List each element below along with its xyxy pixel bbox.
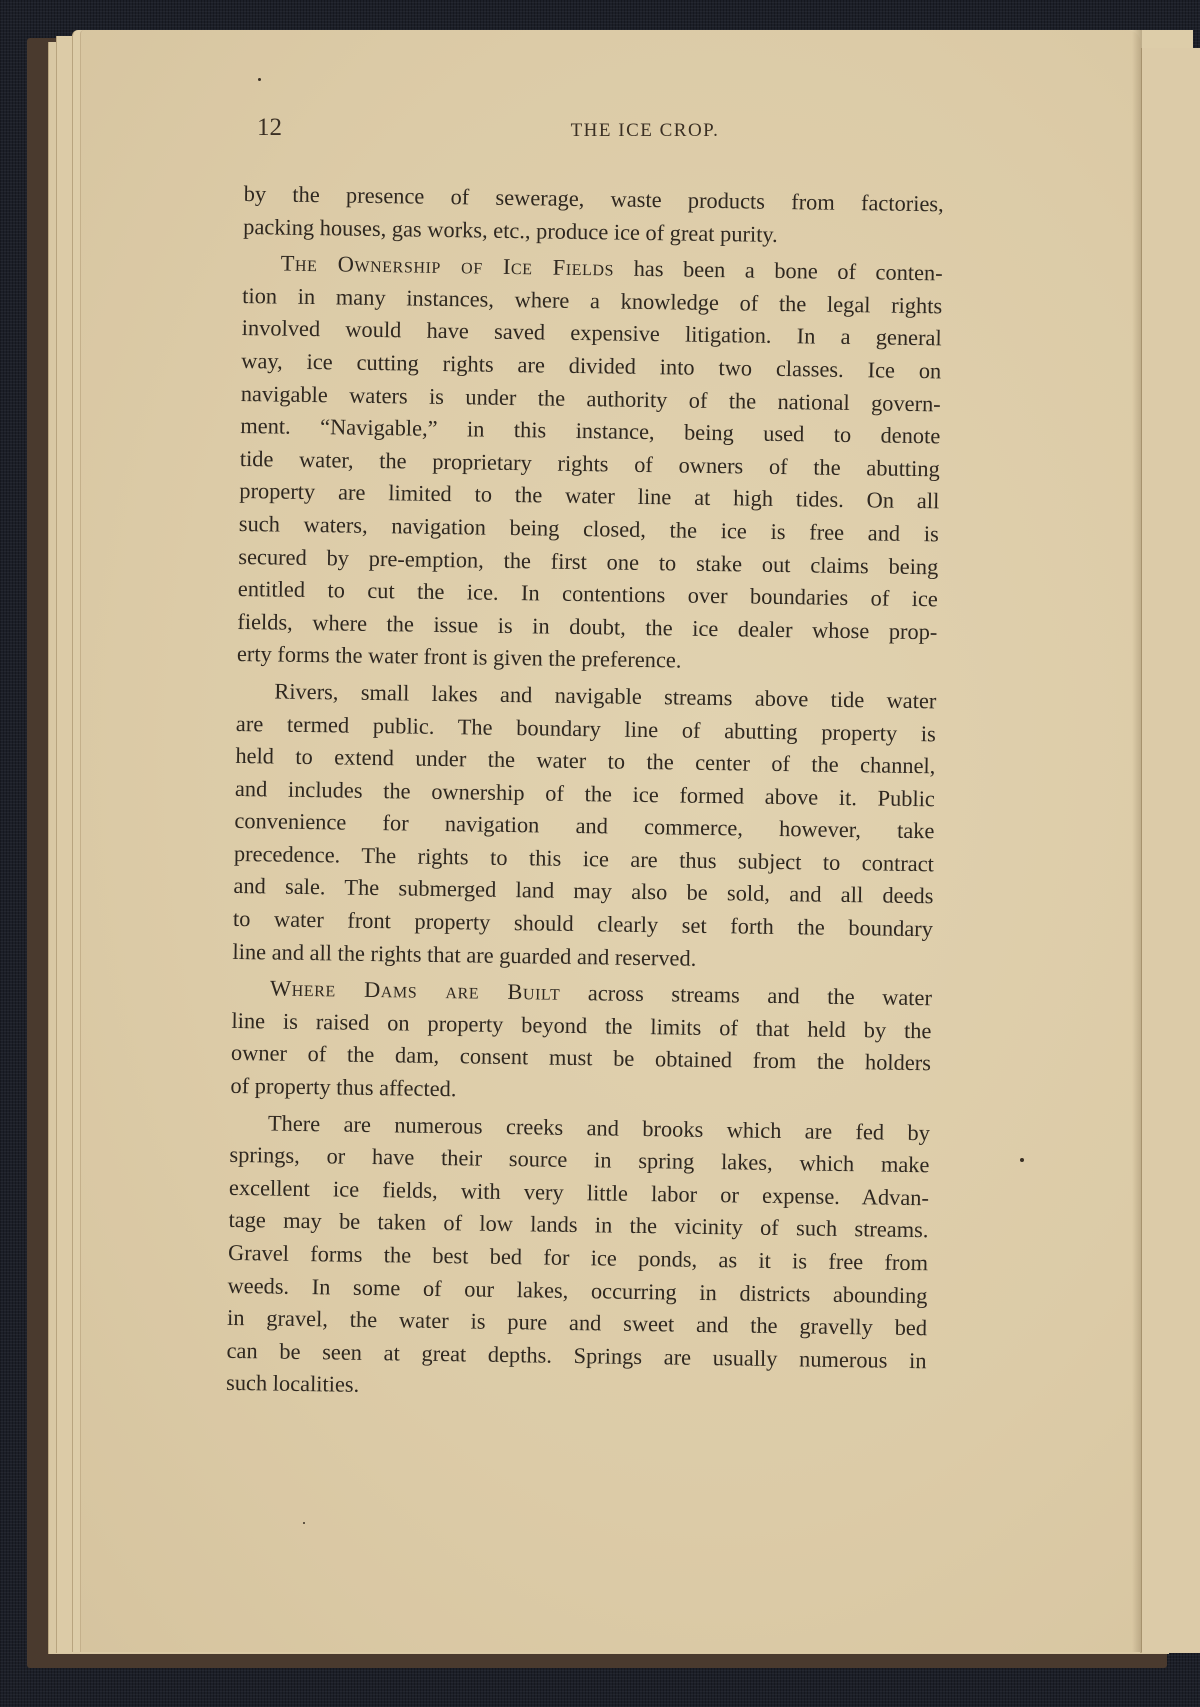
section-lead: The Ownership of Ice Fields (281, 251, 615, 281)
paragraph-ownership-of-ice-fields: The Ownership of Ice Fields has been a b… (237, 247, 943, 681)
section-lead: Where Dams are Built (270, 976, 561, 1005)
paper-speck (303, 1522, 305, 1524)
paragraph-where-dams-are-built: Where Dams are Built across streams and … (230, 972, 932, 1113)
paragraph: by the presence of sewerage, waste produ… (243, 178, 944, 254)
running-head: 12 THE ICE CROP. (255, 120, 1015, 150)
paper-speck (1020, 1158, 1024, 1162)
paragraph-public-waters: Rivers, small lakes and navigable stream… (232, 675, 936, 979)
gutter-shadow (1132, 30, 1142, 1652)
paper-speck (258, 78, 261, 81)
facing-page-edge (1140, 48, 1200, 1653)
body-text: by the presence of sewerage, waste produ… (226, 178, 944, 1414)
paragraph-creeks-and-brooks: There are numerous creeks and brooks whi… (226, 1107, 930, 1411)
running-title: THE ICE CROP. (255, 120, 1035, 142)
